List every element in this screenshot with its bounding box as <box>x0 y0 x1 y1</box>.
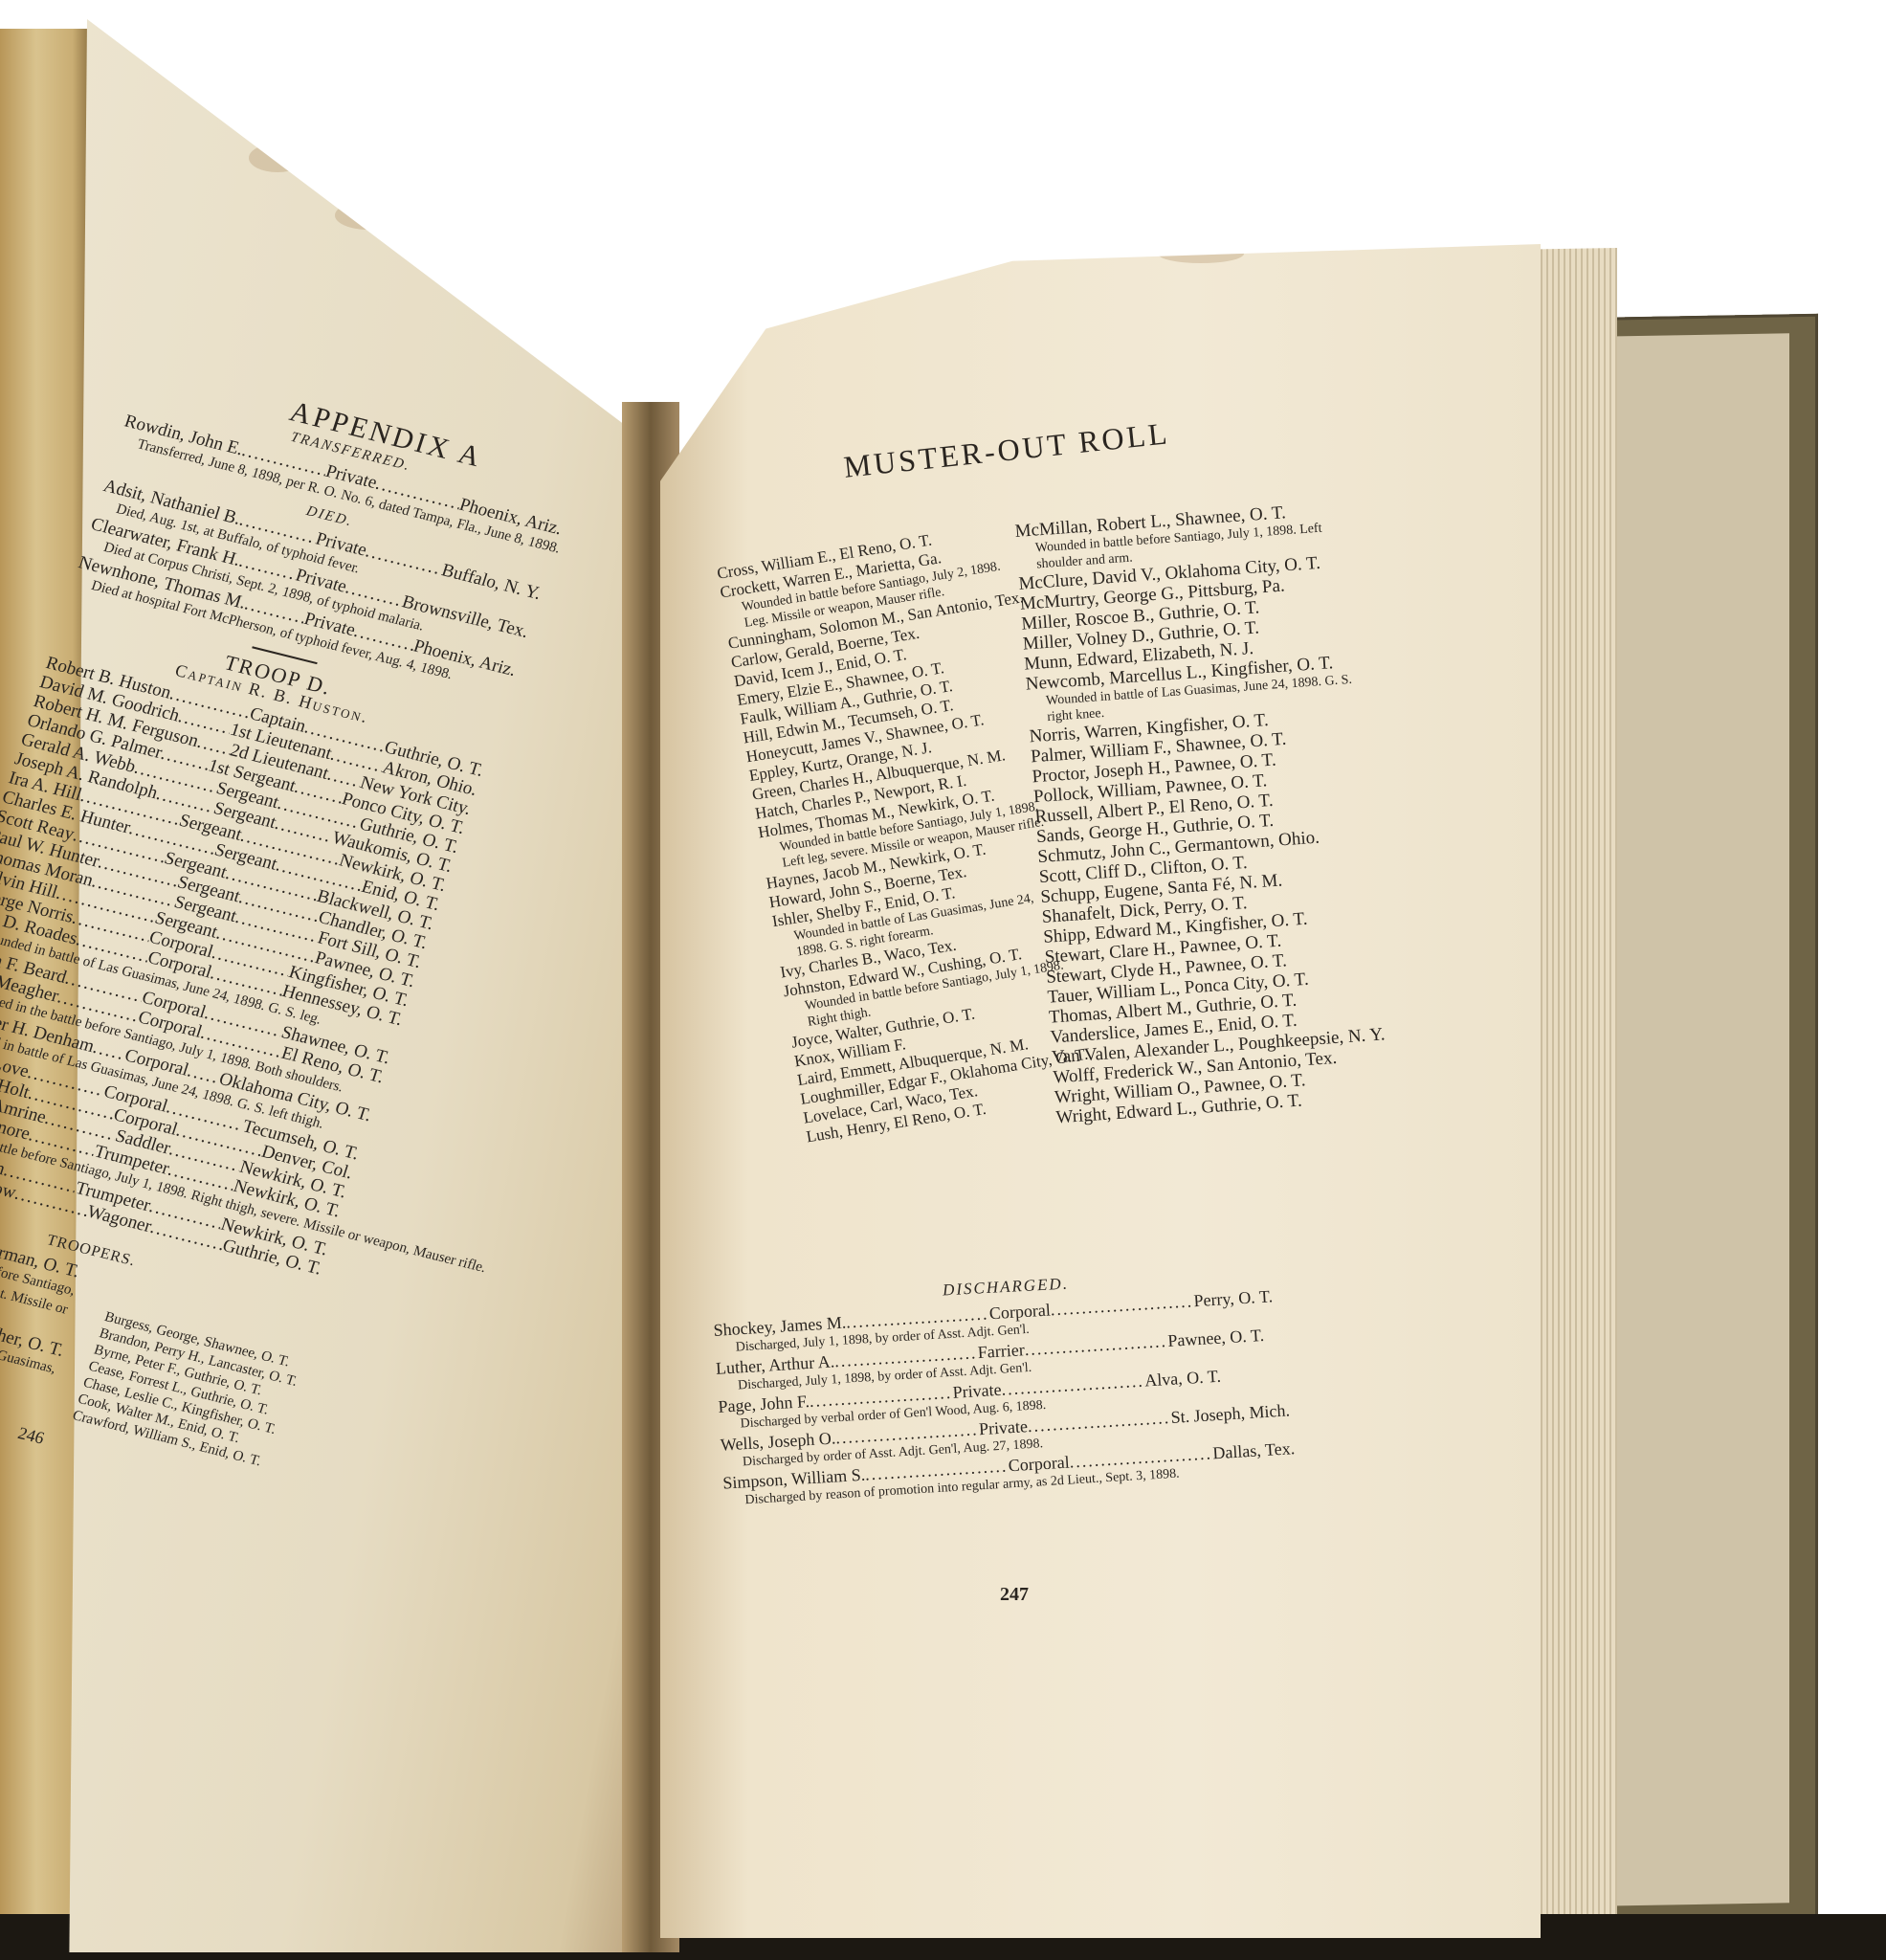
page-stain <box>852 263 909 287</box>
page-stain <box>335 201 402 230</box>
page-stain <box>249 144 306 172</box>
page-number-247: 247 <box>1000 1584 1029 1606</box>
page-stain <box>1158 244 1244 263</box>
cover-inner-board <box>1588 333 1789 1906</box>
muster-col-2: McMillan, Robert L., Shawnee, O. T.Wound… <box>1014 497 1409 1127</box>
entry-rank: Corporal <box>988 1300 1051 1323</box>
